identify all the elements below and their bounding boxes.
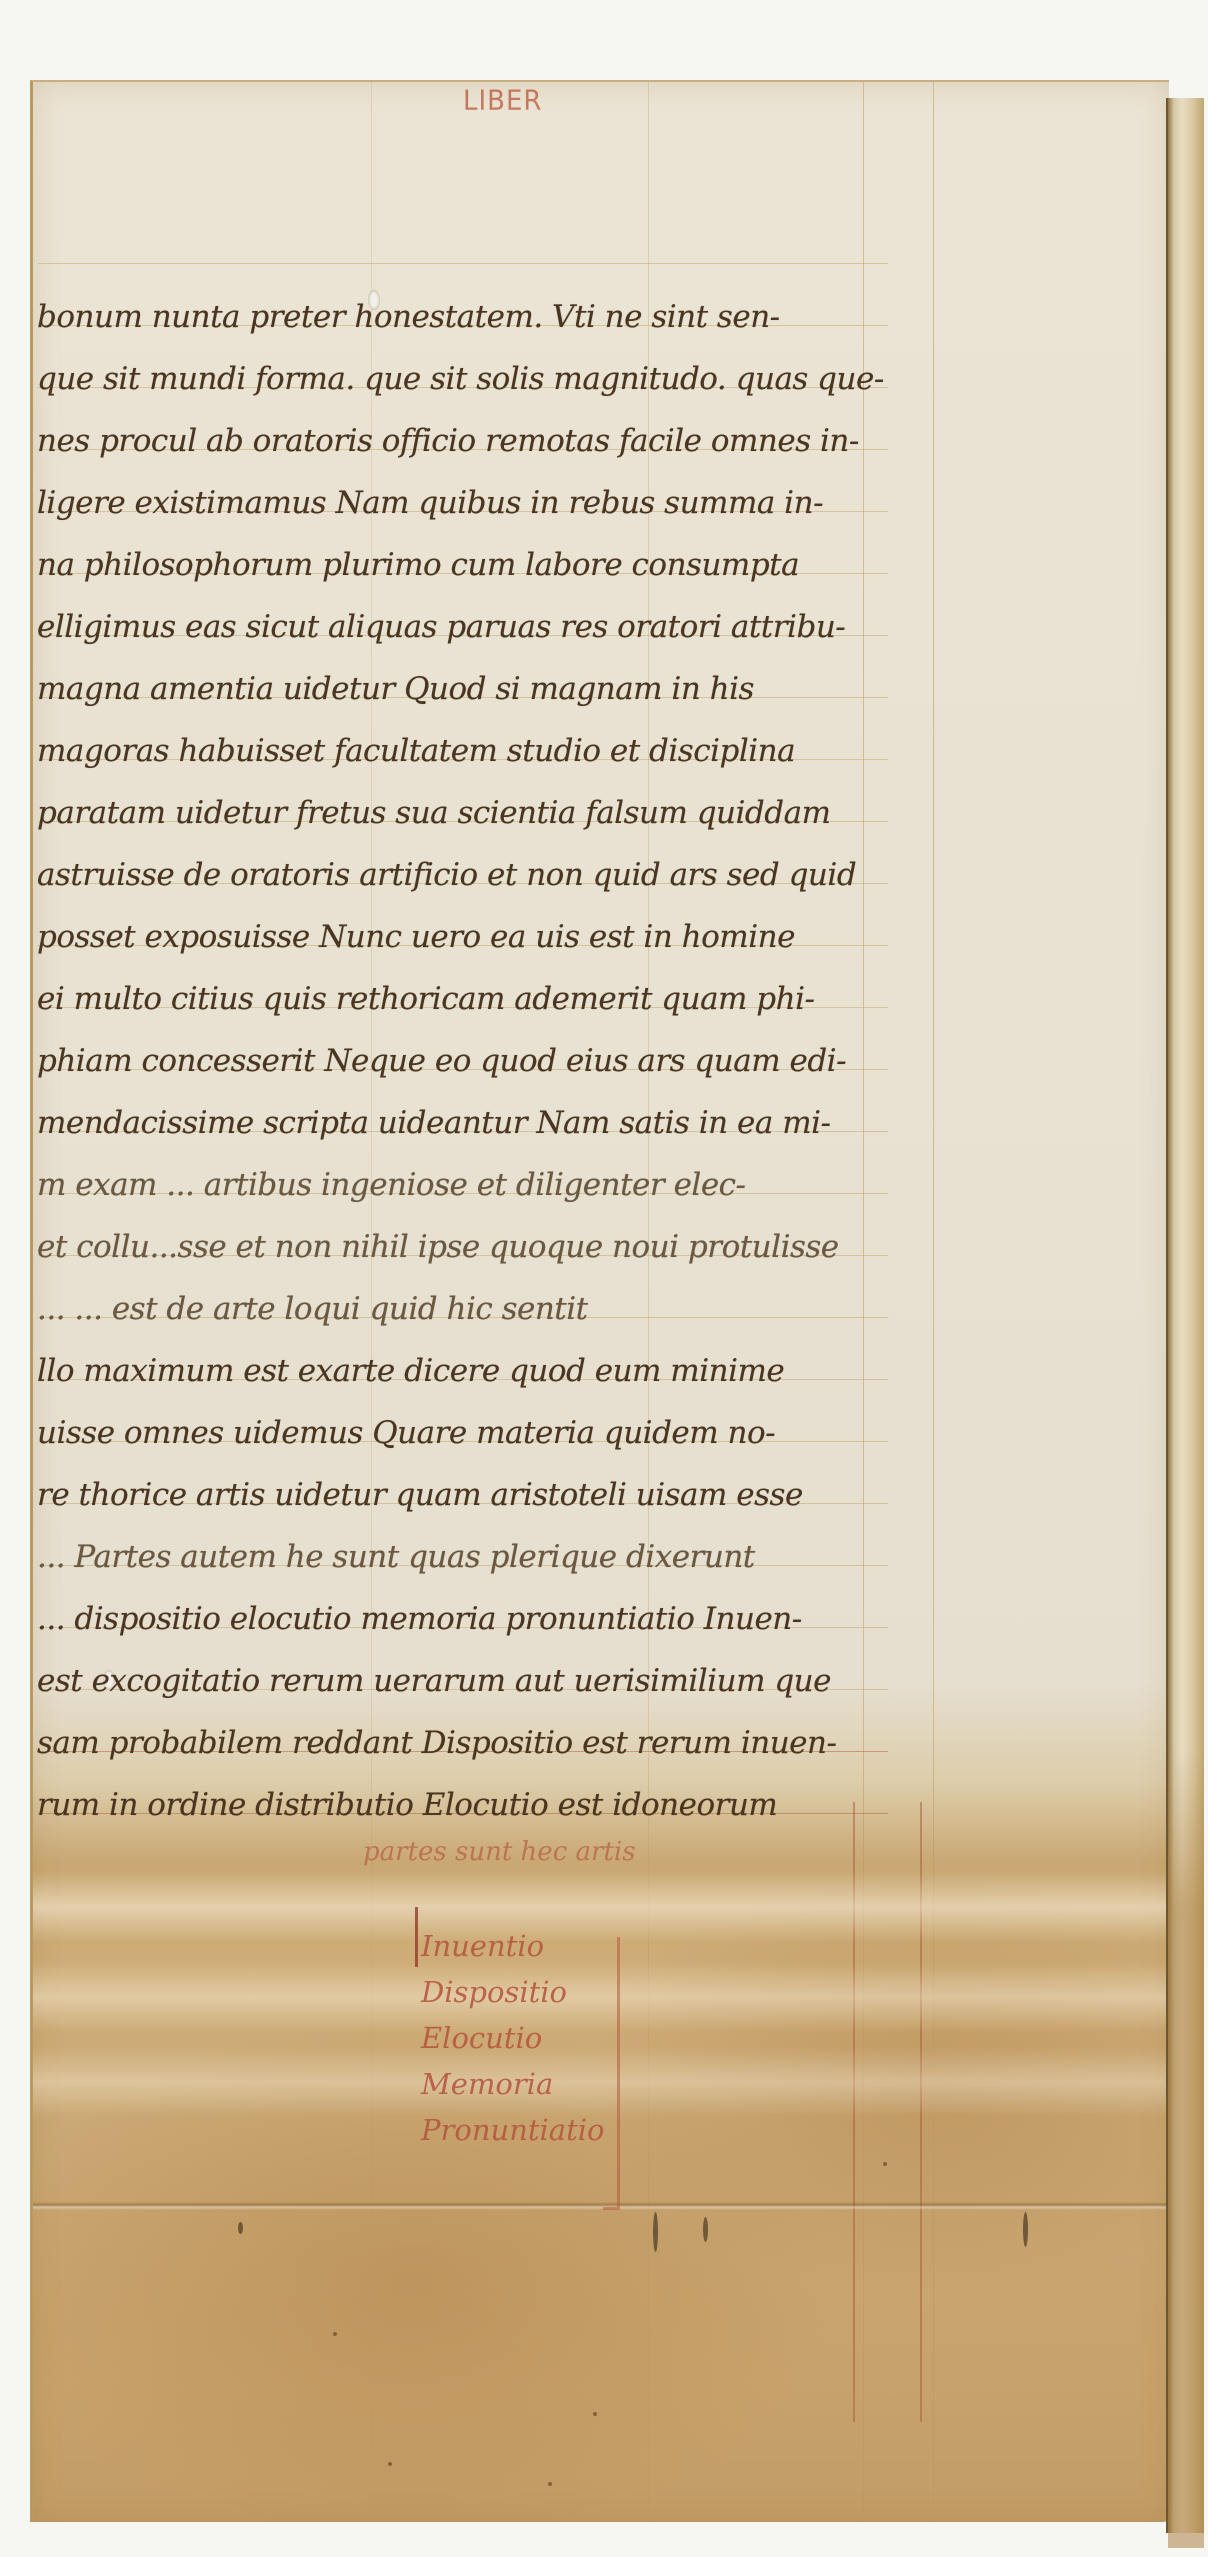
text-line: m exam ... artibus ingeniose et diligent… bbox=[37, 1155, 917, 1215]
foxing-spot bbox=[593, 2412, 597, 2416]
spine-stain bbox=[1168, 1748, 1204, 2548]
rubric-item: Elocutio bbox=[421, 2021, 542, 2055]
foxing-spot bbox=[388, 2462, 392, 2466]
prick-mark bbox=[238, 2222, 243, 2234]
text-line: na philosophorum plurimo cum labore cons… bbox=[37, 535, 917, 595]
rubric-bracket-right bbox=[603, 1937, 620, 2210]
text-line: paratam uidetur fretus sua scientia fals… bbox=[37, 783, 917, 843]
prick-mark bbox=[703, 2217, 708, 2242]
rubric-heading: partes sunt hec artis bbox=[363, 1837, 636, 1867]
text-line: nes procul ab oratoris officio remotas f… bbox=[37, 411, 917, 471]
text-line: et collu...sse et non nihil ipse quoque … bbox=[37, 1217, 917, 1277]
foxing-spot bbox=[548, 2482, 552, 2486]
text-line: magoras habuisset facultatem studio et d… bbox=[37, 721, 917, 781]
text-line: bonum nunta preter honestatem. Vti ne si… bbox=[37, 287, 917, 347]
prick-mark bbox=[1023, 2212, 1028, 2247]
prick-mark bbox=[653, 2212, 658, 2252]
text-line: ... dispositio elocutio memoria pronunti… bbox=[37, 1589, 917, 1649]
water-stain bbox=[33, 1872, 1169, 1942]
running-head-rubric: LIBER bbox=[463, 85, 542, 117]
water-stain bbox=[33, 2047, 1169, 2117]
text-line: ligere existimamus Nam quibus in rebus s… bbox=[37, 473, 917, 533]
text-line: llo maximum est exarte dicere quod eum m… bbox=[37, 1341, 917, 1401]
text-line: phiam concesserit Neque eo quod eius ars… bbox=[37, 1031, 917, 1091]
text-line: rum in ordine distributio Elocutio est i… bbox=[37, 1775, 917, 1835]
text-line: ei multo citius quis rethoricam ademerit… bbox=[37, 969, 917, 1029]
text-line: mendacissime scripta uideantur Nam satis… bbox=[37, 1093, 917, 1153]
foxing-spot bbox=[883, 2162, 887, 2166]
text-line: elligimus eas sicut aliquas paruas res o… bbox=[37, 597, 917, 657]
manuscript-folio: LIBER bonum nunta preter honesta bbox=[30, 80, 1169, 2522]
ruling-line-horizontal bbox=[38, 263, 888, 264]
binding-spine bbox=[1166, 98, 1204, 2533]
water-stain bbox=[33, 1962, 1169, 2032]
text-line: est excogitatio rerum uerarum aut uerisi… bbox=[37, 1651, 917, 1711]
text-line: uisse omnes uidemus Quare materia quidem… bbox=[37, 1403, 917, 1463]
ruling-line-vertical bbox=[933, 82, 934, 2522]
text-line: astruisse de oratoris artificio et non q… bbox=[37, 845, 917, 905]
text-line: re thorice artis uidetur quam aristoteli… bbox=[37, 1465, 917, 1525]
text-line: que sit mundi forma. que sit solis magni… bbox=[37, 349, 917, 409]
fold-crease bbox=[33, 2202, 1169, 2210]
text-line: posset exposuisse Nunc uero ea uis est i… bbox=[37, 907, 917, 967]
text-line: sam probabilem reddant Dispositio est re… bbox=[37, 1713, 917, 1773]
foxing-spot bbox=[333, 2332, 337, 2336]
rubric-item: Pronuntiatio bbox=[421, 2113, 604, 2147]
rubric-item: Inuentio bbox=[421, 1929, 544, 1963]
rubric-bracket-left bbox=[415, 1907, 418, 1967]
rubric-item: Dispositio bbox=[421, 1975, 567, 2009]
rubric-item: Memoria bbox=[421, 2067, 553, 2101]
text-line: magna amentia uidetur Quod si magnam in … bbox=[37, 659, 917, 719]
text-line: ... ... est de arte loqui quid hic senti… bbox=[37, 1279, 917, 1339]
text-line: ... Partes autem he sunt quas plerique d… bbox=[37, 1527, 917, 1587]
